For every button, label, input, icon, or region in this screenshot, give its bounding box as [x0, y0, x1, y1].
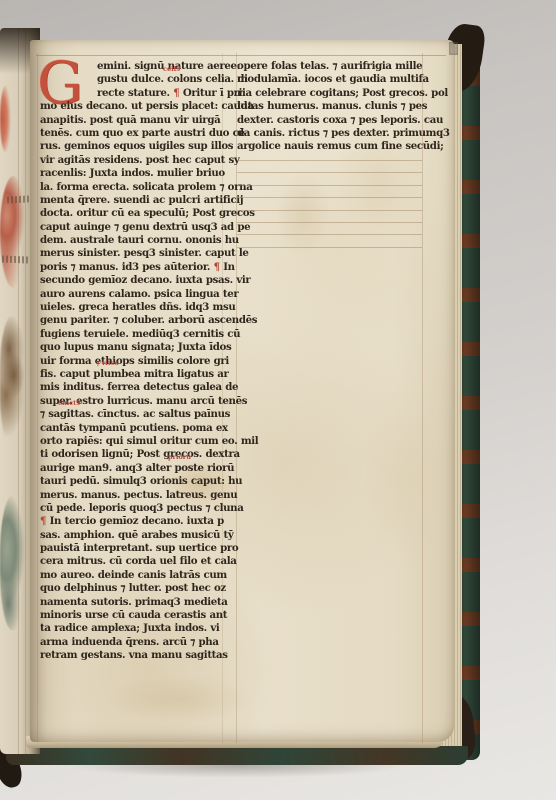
- text-segment: retram gestans. vna manu sagittas: [40, 649, 228, 661]
- ruling-top-line: [36, 55, 446, 56]
- text-segment: modulamīa. iocos et gaudia multifa: [237, 73, 429, 85]
- ruling-horizontal-line: [237, 210, 422, 211]
- text-segment: mo eius decano. ut persis placet: cauda: [40, 100, 254, 112]
- text-line: uieles. greca heratles dñs. idq3 msu: [40, 301, 237, 314]
- text-segment: namenta sutoris. primaq3 medieta: [40, 596, 227, 608]
- text-column-left: emini. signū nature aeree:gustu dulce. c…: [40, 60, 237, 663]
- text-segment: cū pede. leporis quoq3 pectus ⁊ cluna: [40, 502, 243, 514]
- text-line: ti odorisen lignū; Post grecos. dextra: [40, 448, 237, 461]
- text-line: retram gestans. vna manu sagittas: [40, 649, 237, 662]
- text-line: rus. geminos equos uigiles sup illos: [40, 140, 237, 153]
- text-line: cera mitrus. cū corda uel filo et cala: [40, 555, 237, 568]
- folio-stamp-mark: [449, 42, 458, 55]
- text-line: racenlis: Juxta indos. mulier briuo: [40, 167, 237, 180]
- text-segment: merus. manus. pectus. latreus. genu: [40, 489, 237, 501]
- text-segment: genu pariter. ⁊ coluber. arborū ascendēs: [40, 314, 257, 326]
- text-line: caput auinge ⁊ genu dextrū usq3 ad pe: [40, 221, 237, 234]
- text-segment: opere folas telas. ⁊ aurifrigia mille: [237, 60, 422, 72]
- text-line: opere folas telas. ⁊ aurifrigia mille: [237, 60, 429, 73]
- text-segment: sas. amphion. quē arabes musicū tȳ: [40, 529, 233, 541]
- text-line: la. forma erecta. solicata prolem ⁊ orna: [40, 181, 237, 194]
- ruling-horizontal-line: [237, 197, 422, 198]
- text-line: pauistā interpretant. sup uertice pro: [40, 542, 237, 555]
- text-segment: ria celebrare cogitans; Post grecos. pol: [237, 87, 448, 99]
- text-segment: auro aurens calamo. psica lingua ter: [40, 288, 238, 300]
- text-line: recte stature. ¶ Oritur ī pri: [40, 87, 237, 100]
- text-line: da canis. rictus ⁊ pes dexter. primumq3: [237, 127, 429, 140]
- text-line: genu pariter. ⁊ coluber. arborū ascendēs: [40, 314, 237, 327]
- text-line: mo aureo. deinde canis latrās cum: [40, 569, 237, 582]
- text-line: dexter. castoris coxa ⁊ pes leporis. cau: [237, 114, 429, 127]
- text-line: ria celebrare cogitans; Post grecos. pol: [237, 87, 429, 100]
- text-column-right: opere folas telas. ⁊ aurifrigia millemod…: [237, 60, 429, 154]
- facing-page-caption-fragment: [2, 256, 28, 264]
- text-segment: anapitis. post quā manu vir uirgā: [40, 114, 220, 126]
- text-segment: arma induenda q̄rens. arcū ⁊ pha: [40, 636, 219, 648]
- text-line: merus sinister. pesq3 sinister. caput le: [40, 247, 237, 260]
- text-line: auro aurens calamo. psica lingua ter: [40, 288, 237, 301]
- text-line: quo delphinus ⁊ lutter. post hec oz: [40, 582, 237, 595]
- text-segment: menta q̄rere. suendi ac pulcri artificij: [40, 194, 243, 206]
- text-segment: gustu dulce. colons celia. di: [97, 73, 248, 85]
- text-segment: merus sinister. pesq3 sinister. caput le: [40, 247, 249, 259]
- ruling-vertical-line: [37, 53, 38, 743]
- manuscript-book: G emini. signū nature aeree:gustu dulce.…: [0, 24, 482, 769]
- text-segment: ta radice amplexa; Juxta indos. vi: [40, 622, 219, 634]
- text-segment: In: [220, 261, 235, 273]
- ruling-horizontal-line: [237, 247, 422, 248]
- text-segment: cantās tympanū pcutiens. poma ex: [40, 422, 228, 434]
- text-line: tenēs. cum quo ex parte austri duo cē: [40, 127, 237, 140]
- text-segment: tenēs. cum quo ex parte austri duo cē: [40, 127, 245, 139]
- facing-page-illustration-fragment: [0, 316, 30, 448]
- text-segment: lutas humerus. manus. clunis ⁊ pes: [237, 100, 427, 112]
- text-line: menta q̄rere. suendi ac pulcri artificij: [40, 194, 237, 207]
- text-segment: recte stature.: [97, 87, 173, 99]
- text-line: ¶ In tercio gemīoz decano. iuxta p: [40, 515, 237, 528]
- photo-backdrop: { "document_type": "illuminated-manuscri…: [0, 0, 556, 800]
- text-line: anapitis. post quā manu vir uirgā: [40, 114, 237, 127]
- text-segment: secundo gemīoz decano. iuxta psas. vir: [40, 274, 250, 286]
- text-segment: poris ⁊ manus. id3 pes aūterior.: [40, 261, 214, 273]
- text-segment: vir agitās residens. post hec caput sy: [40, 154, 239, 166]
- text-line: mo eius decano. ut persis placet: cauda: [40, 100, 237, 113]
- text-segment: In tercio gemīoz decano. iuxta p: [46, 515, 224, 527]
- parchment-stain: [352, 350, 452, 610]
- text-segment: tauri pedū. simulq3 orionis caput: hu: [40, 475, 242, 487]
- interlinear-gloss: priorū: [168, 454, 191, 461]
- text-line: uir forma ethiops similis colore gri: [40, 355, 237, 368]
- facing-page-caption-fragment: [7, 195, 29, 203]
- text-segment: mis inditus. ferrea detectus galea de: [40, 381, 238, 393]
- text-segment: dem. australe tauri cornu. ononis hu: [40, 234, 239, 246]
- text-line: poris ⁊ manus. id3 pes aūterior. ¶ In: [40, 261, 237, 274]
- text-segment: rus. geminos equos uigiles sup illos: [40, 140, 233, 152]
- interlinear-gloss: cinct9: [58, 400, 81, 407]
- text-line: dem. australe tauri cornu. ononis hu: [40, 234, 237, 247]
- book-cover-bottom-edge: [6, 746, 468, 765]
- text-line: vir agitās residens. post hec caput sy: [40, 154, 237, 167]
- ruling-horizontal-line: [237, 172, 422, 173]
- facing-page-illustration-fragment: [0, 496, 27, 630]
- text-segment: Oritur ī pri: [179, 87, 242, 99]
- ruling-vertical-line: [422, 53, 423, 743]
- text-segment: da canis. rictus ⁊ pes dexter. primumq3: [237, 127, 450, 139]
- text-segment: caput auinge ⁊ genu dextrū usq3 ad pe: [40, 221, 250, 233]
- facing-page-illustration-fragment: [0, 86, 11, 152]
- text-line: arma induenda q̄rens. arcū ⁊ pha: [40, 636, 237, 649]
- text-line: cantās tympanū pcutiens. poma ex: [40, 422, 237, 435]
- text-line: emini. signū nature aeree:: [40, 60, 237, 73]
- text-line: docta. oritur cū ea speculū; Post grecos: [40, 207, 237, 220]
- text-line: ta radice amplexa; Juxta indos. vi: [40, 622, 237, 635]
- text-line: modulamīa. iocos et gaudia multifa: [237, 73, 429, 86]
- text-line: minoris urse cū cauda cerastis ant: [40, 609, 237, 622]
- text-line: sas. amphion. quē arabes musicū tȳ: [40, 529, 237, 542]
- interlinear-gloss: ⁊ vites: [96, 360, 119, 367]
- text-segment: quo lupus manu signata; Juxta īdos: [40, 341, 231, 353]
- text-segment: la. forma erecta. solicata prolem ⁊ orna: [40, 181, 252, 193]
- text-segment: aurige man9. anq3 alter poste riorū: [40, 462, 234, 474]
- text-segment: ⁊ sagittas. cīnctus. ac saltus paīnus: [40, 408, 230, 420]
- ruling-horizontal-line: [237, 222, 422, 223]
- manuscript-page: G emini. signū nature aeree:gustu dulce.…: [30, 40, 454, 742]
- text-line: quo lupus manu signata; Juxta īdos: [40, 341, 237, 354]
- text-segment: uir forma ethiops similis colore gri: [40, 355, 229, 367]
- text-segment: minoris urse cū cauda cerastis ant: [40, 609, 227, 621]
- text-segment: mo aureo. deinde canis latrās cum: [40, 569, 227, 581]
- text-segment: cera mitrus. cū corda uel filo et cala: [40, 555, 237, 567]
- text-segment: fis. caput plumbea mitra ligatus ar: [40, 368, 229, 380]
- ruling-horizontal-line: [237, 160, 422, 161]
- ruling-horizontal-line: [237, 185, 422, 186]
- parchment-stain: [85, 668, 275, 730]
- text-segment: quo delphinus ⁊ lutter. post hec oz: [40, 582, 226, 594]
- text-line: mis inditus. ferrea detectus galea de: [40, 381, 237, 394]
- text-line: fis. caput plumbea mitra ligatus ar: [40, 368, 237, 381]
- text-segment: ti odorisen lignū; Post grecos. dextra: [40, 448, 240, 460]
- interlinear-gloss: celi9: [163, 66, 181, 73]
- text-segment: racenlis: Juxta indos. mulier briuo: [40, 167, 225, 179]
- text-line: cū pede. leporis quoq3 pectus ⁊ cluna: [40, 502, 237, 515]
- text-line: gustu dulce. colons celia. di: [40, 73, 237, 86]
- text-line: secundo gemīoz decano. iuxta psas. vir: [40, 274, 237, 287]
- text-segment: uieles. greca heratles dñs. idq3 msu: [40, 301, 235, 313]
- text-line: fugiens teruiele. mediūq3 cernitis cū: [40, 328, 237, 341]
- text-line: lutas humerus. manus. clunis ⁊ pes: [237, 100, 429, 113]
- text-line: tauri pedū. simulq3 orionis caput: hu: [40, 475, 237, 488]
- text-segment: pauistā interpretant. sup uertice pro: [40, 542, 238, 554]
- parchment-stain: [268, 160, 338, 270]
- text-line: merus. manus. pectus. latreus. genu: [40, 489, 237, 502]
- text-segment: fugiens teruiele. mediūq3 cernitis cū: [40, 328, 240, 340]
- text-line: aurige man9. anq3 alter poste riorū: [40, 462, 237, 475]
- text-segment: docta. oritur cū ea speculū; Post grecos: [40, 207, 255, 219]
- text-line: namenta sutoris. primaq3 medieta: [40, 596, 237, 609]
- facing-page-illustration-fragment: [0, 176, 27, 288]
- text-line: ⁊ sagittas. cīnctus. ac saltus paīnus: [40, 408, 237, 421]
- text-line: argolice nauis remus cum fine secūdi;: [237, 140, 429, 153]
- text-segment: argolice nauis remus cum fine secūdi;: [237, 140, 444, 152]
- ruling-horizontal-line: [237, 234, 422, 235]
- text-line: orto rapiēs: qui simul oritur cum eo. mi…: [40, 435, 237, 448]
- text-segment: orto rapiēs: qui simul oritur cum eo. mi…: [40, 435, 258, 447]
- text-segment: dexter. castoris coxa ⁊ pes leporis. cau: [237, 114, 443, 126]
